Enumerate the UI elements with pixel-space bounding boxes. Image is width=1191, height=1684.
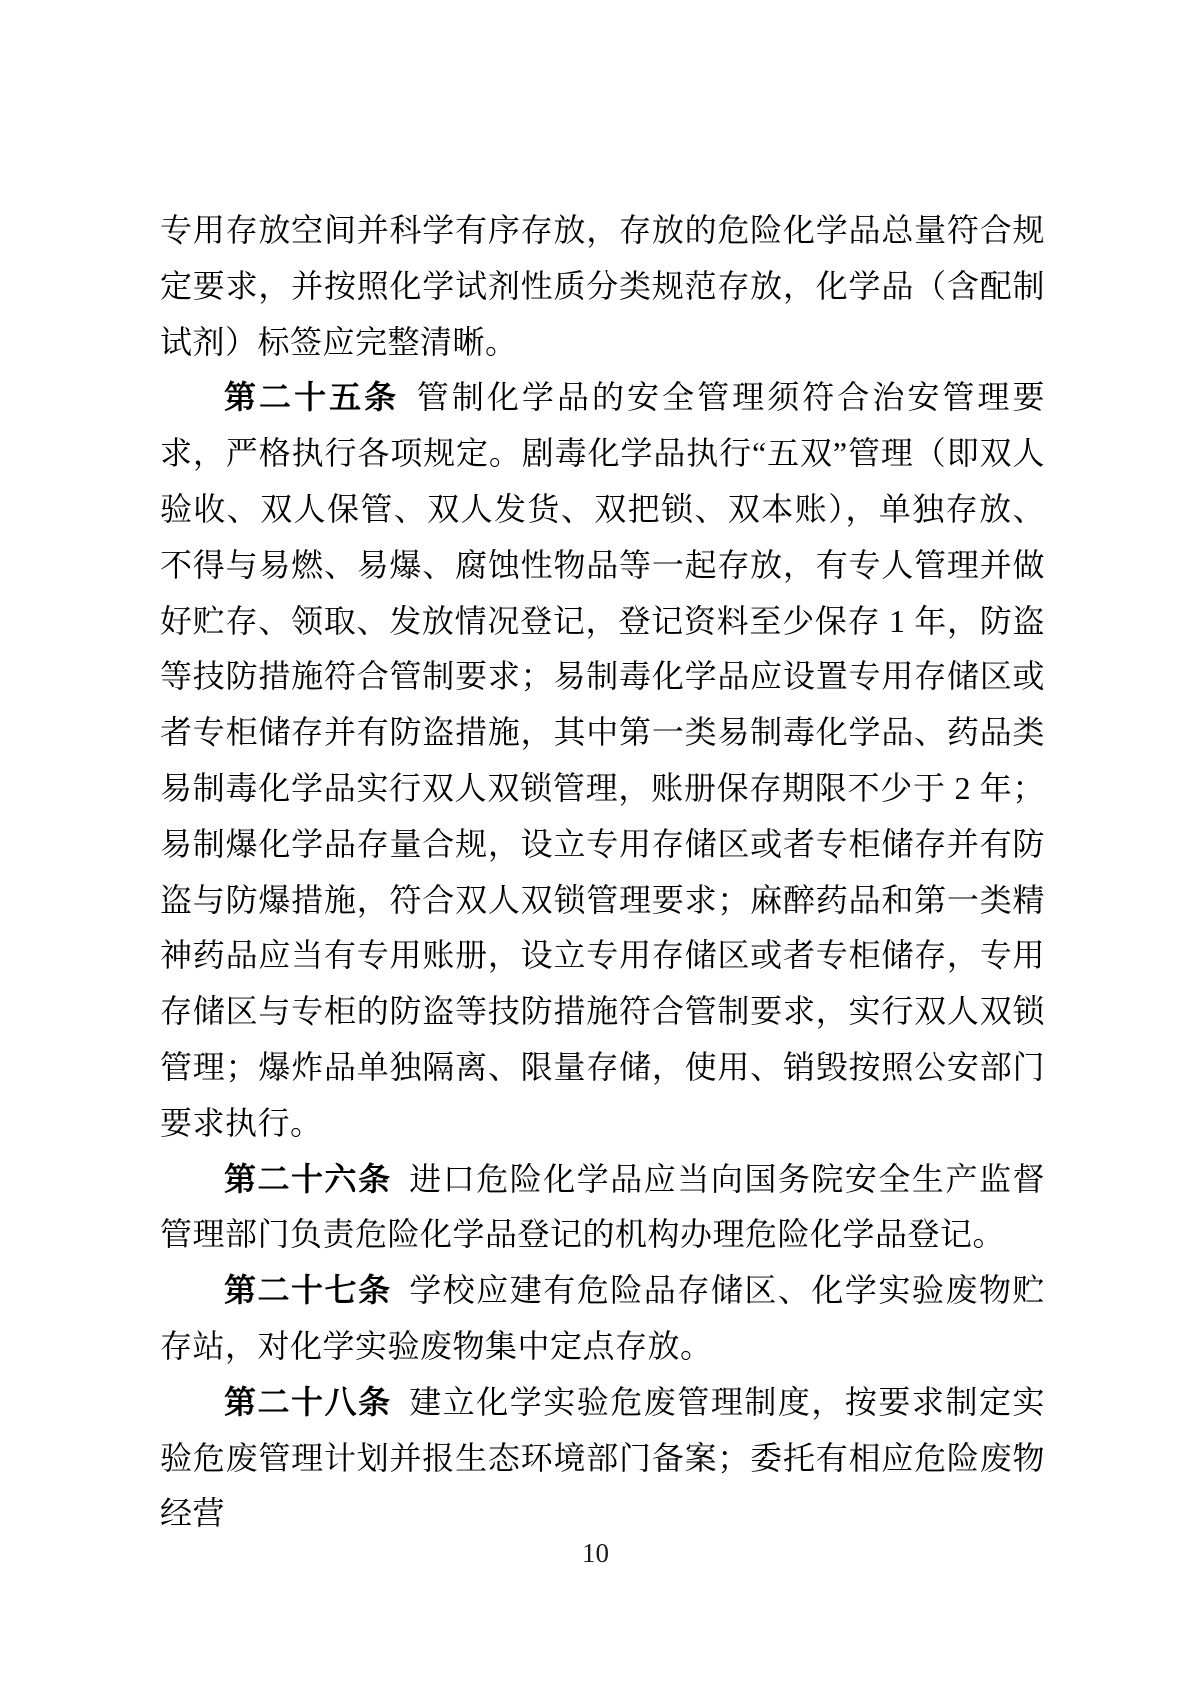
article-number: 第二十六条 bbox=[224, 1161, 392, 1197]
paragraph: 第二十八条建立化学实验危废管理制度，按要求制定实验危废管理计划并报生态环境部门备… bbox=[160, 1375, 1045, 1542]
paragraph: 第二十五条管制化学品的安全管理须符合治安管理要求，严格执行各项规定。剧毒化学品执… bbox=[160, 370, 1045, 1151]
article-number: 第二十七条 bbox=[224, 1272, 392, 1308]
document-page: 专用存放空间并科学有序存放，存放的危险化学品总量符合规定要求，并按照化学试剂性质… bbox=[0, 0, 1191, 1684]
article-number: 第二十八条 bbox=[224, 1384, 392, 1420]
paragraph: 第二十七条学校应建有危险品存储区、化学实验废物贮存站，对化学实验废物集中定点存放… bbox=[160, 1263, 1045, 1375]
paragraph: 第二十六条进口危险化学品应当向国务院安全生产监督管理部门负责危险化学品登记的机构… bbox=[160, 1152, 1045, 1264]
article-number: 第二十五条 bbox=[224, 379, 399, 415]
page-number: 10 bbox=[0, 1538, 1191, 1569]
paragraph-text: 专用存放空间并科学有序存放，存放的危险化学品总量符合规定要求，并按照化学试剂性质… bbox=[160, 212, 1045, 360]
paragraph-text: 管制化学品的安全管理须符合治安管理要求，严格执行各项规定。剧毒化学品执行“五双”… bbox=[160, 379, 1045, 1140]
paragraph: 专用存放空间并科学有序存放，存放的危险化学品总量符合规定要求，并按照化学试剂性质… bbox=[160, 203, 1045, 370]
document-body: 专用存放空间并科学有序存放，存放的危险化学品总量符合规定要求，并按照化学试剂性质… bbox=[160, 203, 1045, 1542]
